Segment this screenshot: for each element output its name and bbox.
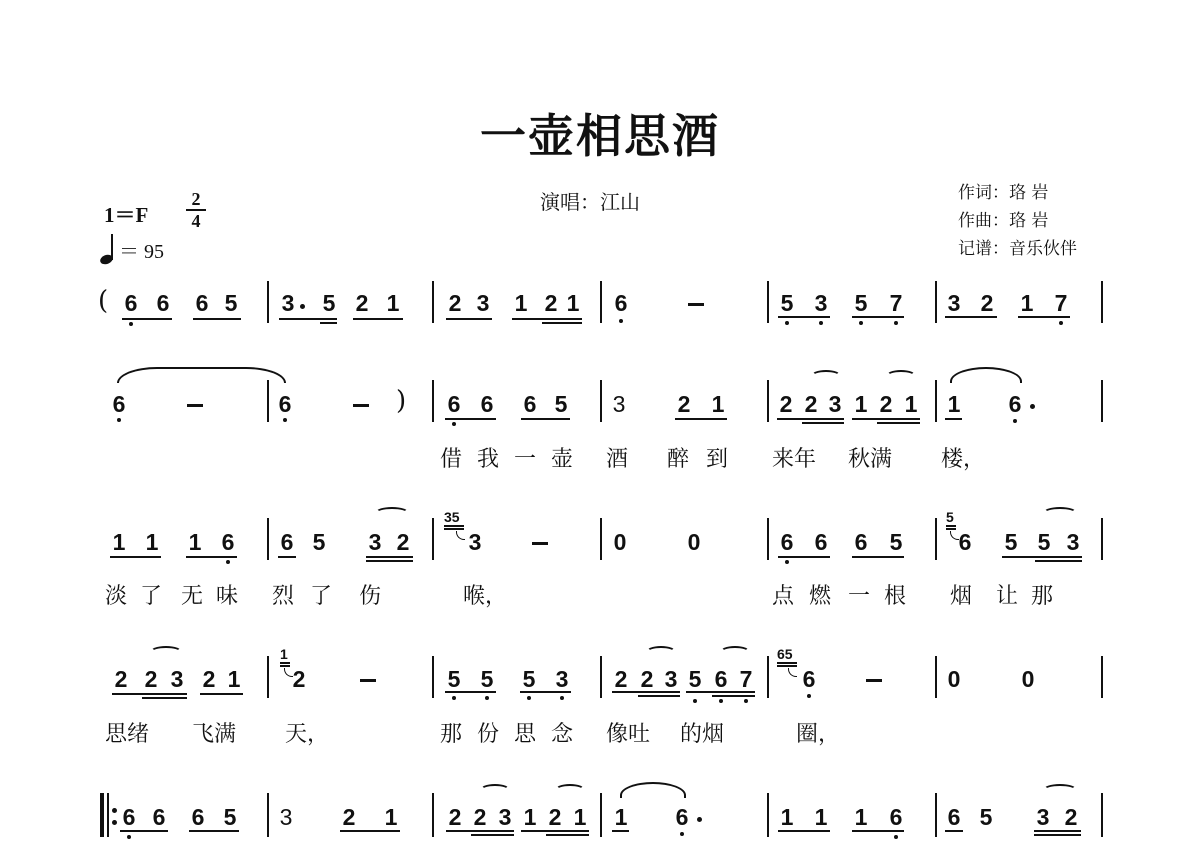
barline (767, 518, 769, 560)
lyric: 淡 (105, 579, 127, 610)
note: 2 (446, 290, 464, 316)
low-octave-dot (785, 560, 789, 564)
lyric: 了 (310, 579, 332, 610)
underline (200, 693, 243, 695)
underline (444, 528, 464, 530)
lyric: 思绪 (105, 717, 149, 748)
note: 1 (812, 804, 830, 830)
note: 3 (366, 529, 384, 555)
lyric: 让 (996, 579, 1018, 610)
note: 2 (340, 804, 358, 830)
barline (432, 793, 434, 837)
note: 6 (956, 529, 974, 555)
note: 2 (142, 666, 160, 692)
lyric: 无 (181, 579, 203, 610)
note: 5 (887, 529, 905, 555)
barline (600, 793, 602, 837)
note: 2 (200, 666, 218, 692)
underline (777, 662, 797, 664)
note: 2 (546, 804, 564, 830)
note: 1 (571, 804, 589, 830)
note: 6 (1006, 391, 1024, 417)
note: 1 (512, 290, 530, 316)
low-octave-dot (719, 699, 723, 703)
grace-slur (788, 668, 797, 677)
barline (600, 656, 602, 698)
note: 1 (612, 804, 630, 830)
note: 6 (478, 391, 496, 417)
note: 6 (887, 804, 905, 830)
note: 6 (276, 391, 294, 417)
lyricist-credit: 作词：珞 岩 (958, 178, 1048, 203)
underline (471, 834, 514, 836)
note: 0 (685, 529, 703, 555)
grace-notes: 35 (444, 510, 460, 524)
underline (612, 830, 629, 832)
low-octave-dot (226, 560, 230, 564)
slur (480, 784, 510, 796)
grace-slur (456, 531, 465, 540)
note: 1 (945, 391, 963, 417)
lyric: 天， (285, 717, 329, 748)
underline (852, 316, 904, 318)
lyric: 燃 (809, 579, 831, 610)
note: 7 (737, 666, 755, 692)
note: 6 (673, 804, 691, 830)
quarter-note-icon (100, 234, 114, 264)
augmentation-dot (300, 304, 305, 309)
note: 5 (1002, 529, 1020, 555)
lyric: 借 (440, 442, 462, 473)
note: 6 (445, 391, 463, 417)
barline (600, 281, 602, 323)
low-octave-dot (452, 696, 456, 700)
note: 6 (800, 666, 818, 692)
lyric: 喉， (463, 579, 507, 610)
barline (1101, 281, 1103, 323)
note: 2 (612, 666, 630, 692)
low-octave-dot (859, 321, 863, 325)
note: 1 (564, 290, 582, 316)
note: 7 (887, 290, 905, 316)
note: 6 (150, 804, 168, 830)
note: 3 (553, 666, 571, 692)
underline (612, 691, 680, 693)
slur (811, 370, 841, 382)
underline (712, 695, 755, 697)
underline (777, 418, 844, 420)
barline (935, 281, 937, 323)
note: 1 (384, 290, 402, 316)
underline (945, 418, 962, 420)
note: 6 (120, 804, 138, 830)
underline (445, 691, 496, 693)
note: 6 (189, 804, 207, 830)
augmentation-dot (1030, 404, 1035, 409)
lyric: 思 (514, 717, 536, 748)
note: 1 (521, 804, 539, 830)
lyric: 根 (884, 579, 906, 610)
underline (1035, 560, 1082, 562)
note: 5 (520, 666, 538, 692)
underline (852, 418, 920, 420)
repeat-start-thin-bar (107, 793, 109, 837)
note: 2 (877, 391, 895, 417)
note: 2 (1062, 804, 1080, 830)
underline (142, 697, 187, 699)
barline (267, 518, 269, 560)
barline (1101, 380, 1103, 422)
slur (950, 367, 1022, 383)
tie (117, 367, 286, 383)
slur (720, 646, 750, 658)
underline (445, 418, 496, 420)
note: 5 (310, 529, 328, 555)
underline (777, 665, 797, 667)
underline (521, 418, 570, 420)
song-title: 一壶相思酒 (0, 100, 1200, 166)
repeat-dot (112, 820, 117, 825)
note: 5 (778, 290, 796, 316)
slur (555, 784, 585, 796)
lyric: 我 (477, 442, 499, 473)
note: 5 (221, 804, 239, 830)
barline (1101, 656, 1103, 698)
time-signature-bottom: 4 (186, 212, 206, 230)
note: 5 (320, 290, 338, 316)
lyric: 醉 (667, 442, 689, 473)
note: 2 (978, 290, 996, 316)
low-octave-dot (894, 321, 898, 325)
note: 2 (542, 290, 560, 316)
note: 2 (290, 666, 308, 692)
underline (1018, 316, 1070, 318)
low-octave-dot (619, 319, 623, 323)
note: 7 (1052, 290, 1070, 316)
slur (1043, 784, 1077, 796)
extension-dash (688, 303, 704, 306)
barline (600, 380, 602, 422)
barline (267, 380, 269, 422)
note: 6 (945, 804, 963, 830)
note: 1 (709, 391, 727, 417)
grace-note: 1 (280, 647, 288, 661)
note: 5 (478, 666, 496, 692)
underline (945, 830, 963, 832)
note: 0 (1019, 666, 1037, 692)
underline (444, 525, 464, 527)
note: 1 (1018, 290, 1036, 316)
underline (446, 318, 492, 320)
slur (646, 646, 676, 658)
note: 0 (945, 666, 963, 692)
note: 1 (143, 529, 161, 555)
lyric: 飞满 (192, 717, 236, 748)
lyric: 秋满 (848, 442, 892, 473)
low-octave-dot (127, 835, 131, 839)
low-octave-dot (283, 418, 287, 422)
time-signature: 2 4 (186, 190, 206, 230)
grace-note: 5 (946, 510, 954, 524)
barline (935, 793, 937, 837)
underline (946, 528, 956, 530)
lyric: 楼， (941, 442, 985, 473)
lyric: 壶 (551, 442, 573, 473)
lyric: 烈 (272, 579, 294, 610)
barline (1101, 518, 1103, 560)
barline (432, 518, 434, 560)
barline (267, 656, 269, 698)
lyric: 那 (440, 717, 462, 748)
note: 3 (466, 529, 484, 555)
tempo-value: ＝ 95 (119, 241, 164, 263)
note: 3 (1034, 804, 1052, 830)
lyric: 圈， (796, 717, 840, 748)
note: 6 (812, 529, 830, 555)
underline (112, 693, 187, 695)
note: 1 (225, 666, 243, 692)
lyric: 一 (514, 442, 536, 473)
low-octave-dot (1013, 419, 1017, 423)
slur (150, 646, 182, 658)
note: 5 (552, 391, 570, 417)
note: 3 (496, 804, 514, 830)
extension-dash (532, 542, 548, 545)
underline (778, 830, 830, 832)
note: 5 (977, 804, 995, 830)
barline (432, 656, 434, 698)
note: 2 (675, 391, 693, 417)
note: 6 (110, 391, 128, 417)
barline (767, 656, 769, 698)
extension-dash (187, 404, 203, 407)
underline (946, 525, 956, 527)
lyric: 份 (477, 717, 499, 748)
barline (767, 281, 769, 323)
note: 6 (612, 290, 630, 316)
underline (638, 695, 680, 697)
note: 1 (852, 391, 870, 417)
low-octave-dot (117, 418, 121, 422)
lyric: 酒 (606, 442, 628, 473)
lyric: 伤 (359, 579, 381, 610)
low-octave-dot (819, 321, 823, 325)
low-octave-dot (693, 699, 697, 703)
underline (1034, 834, 1081, 836)
underline (189, 830, 239, 832)
note: 2 (394, 529, 412, 555)
underline (546, 834, 589, 836)
extension-dash (353, 404, 369, 407)
slur (1043, 507, 1077, 519)
low-octave-dot (485, 696, 489, 700)
lyric: 到 (706, 442, 728, 473)
slur (886, 370, 916, 382)
note: 5 (852, 290, 870, 316)
low-octave-dot (680, 832, 684, 836)
note: 3 (168, 666, 186, 692)
note: 3 (662, 666, 680, 692)
low-octave-dot (807, 694, 811, 698)
tempo-marking: ＝ 95 (100, 234, 164, 264)
underline (280, 662, 290, 664)
note: 1 (852, 804, 870, 830)
note: 6 (712, 666, 730, 692)
note: 3 (945, 290, 963, 316)
underline (279, 318, 337, 320)
underline (802, 422, 844, 424)
lyric: 的烟 (680, 717, 724, 748)
note: 5 (445, 666, 463, 692)
close-paren: ) (396, 386, 406, 416)
note: 2 (471, 804, 489, 830)
underline (353, 318, 403, 320)
barline (1101, 793, 1103, 837)
barline (267, 793, 269, 837)
slur (620, 782, 686, 798)
note: 2 (112, 666, 130, 692)
barline (600, 518, 602, 560)
underline (852, 830, 904, 832)
lyric: 一 (848, 579, 870, 610)
note: 1 (186, 529, 204, 555)
low-octave-dot (129, 322, 133, 326)
note: 6 (278, 529, 296, 555)
extension-dash (866, 679, 882, 682)
underline (122, 318, 172, 320)
lyric: 念 (551, 717, 573, 748)
singer-credit: 演唱：江山 (540, 186, 640, 215)
underline (520, 691, 571, 693)
note: 2 (353, 290, 371, 316)
time-signature-top: 2 (186, 190, 206, 208)
note: 6 (778, 529, 796, 555)
low-octave-dot (1059, 321, 1063, 325)
key-signature: 1＝F (104, 199, 148, 229)
note: 5 (222, 290, 240, 316)
underline (320, 322, 337, 324)
lyric: 了 (140, 579, 162, 610)
underline (877, 422, 920, 424)
note: 1 (902, 391, 920, 417)
underline (542, 322, 582, 324)
barline (935, 518, 937, 560)
note: 3 (1064, 529, 1082, 555)
note: 3 (474, 290, 492, 316)
underline (446, 830, 514, 832)
lyric: 烟 (950, 579, 972, 610)
barline (267, 281, 269, 323)
barline (432, 281, 434, 323)
note: 2 (638, 666, 656, 692)
note: 2 (777, 391, 795, 417)
low-octave-dot (785, 321, 789, 325)
underline (120, 830, 168, 832)
note: 5 (686, 666, 704, 692)
underline (280, 665, 290, 667)
underline (366, 556, 413, 558)
extension-dash (360, 679, 376, 682)
note: 6 (852, 529, 870, 555)
note: 6 (154, 290, 172, 316)
lyric: 来年 (772, 442, 816, 473)
transcriber-credit: 记谱：音乐伙伴 (958, 234, 1077, 259)
note: 3 (610, 391, 628, 417)
augmentation-dot (697, 817, 702, 822)
barline (767, 380, 769, 422)
low-octave-dot (560, 696, 564, 700)
note: 2 (802, 391, 820, 417)
note: 3 (812, 290, 830, 316)
note: 3 (279, 290, 297, 316)
note: 6 (219, 529, 237, 555)
barline (432, 380, 434, 422)
note: 1 (382, 804, 400, 830)
barline (935, 656, 937, 698)
note: 3 (826, 391, 844, 417)
note: 3 (277, 804, 295, 830)
underline (778, 556, 830, 558)
underline (686, 691, 755, 693)
underline (1002, 556, 1082, 558)
slur (375, 507, 409, 519)
underline (852, 556, 904, 558)
underline (675, 418, 727, 420)
lyric: 点 (772, 579, 794, 610)
note: 0 (611, 529, 629, 555)
grace-notes: 65 (777, 647, 793, 661)
low-octave-dot (452, 422, 456, 426)
lyric: 味 (216, 579, 238, 610)
underline (278, 556, 296, 558)
low-octave-dot (744, 699, 748, 703)
underline (186, 556, 237, 558)
note: 6 (521, 391, 539, 417)
note: 2 (446, 804, 464, 830)
composer-credit: 作曲：珞 岩 (958, 206, 1048, 231)
underline (778, 316, 830, 318)
underline (193, 318, 241, 320)
underline (110, 556, 161, 558)
repeat-dot (112, 808, 117, 813)
note: 5 (1035, 529, 1053, 555)
open-paren: ( (98, 286, 108, 316)
lyric: 那 (1031, 579, 1053, 610)
barline (767, 793, 769, 837)
repeat-start-thick-bar (100, 793, 104, 837)
low-octave-dot (894, 835, 898, 839)
note: 1 (778, 804, 796, 830)
low-octave-dot (527, 696, 531, 700)
barline (935, 380, 937, 422)
underline (340, 830, 400, 832)
underline (1034, 830, 1081, 832)
underline (521, 830, 589, 832)
note: 6 (193, 290, 211, 316)
note: 1 (110, 529, 128, 555)
underline (512, 318, 582, 320)
lyric: 像吐 (606, 717, 650, 748)
underline (366, 560, 413, 562)
note: 6 (122, 290, 140, 316)
underline (945, 316, 997, 318)
